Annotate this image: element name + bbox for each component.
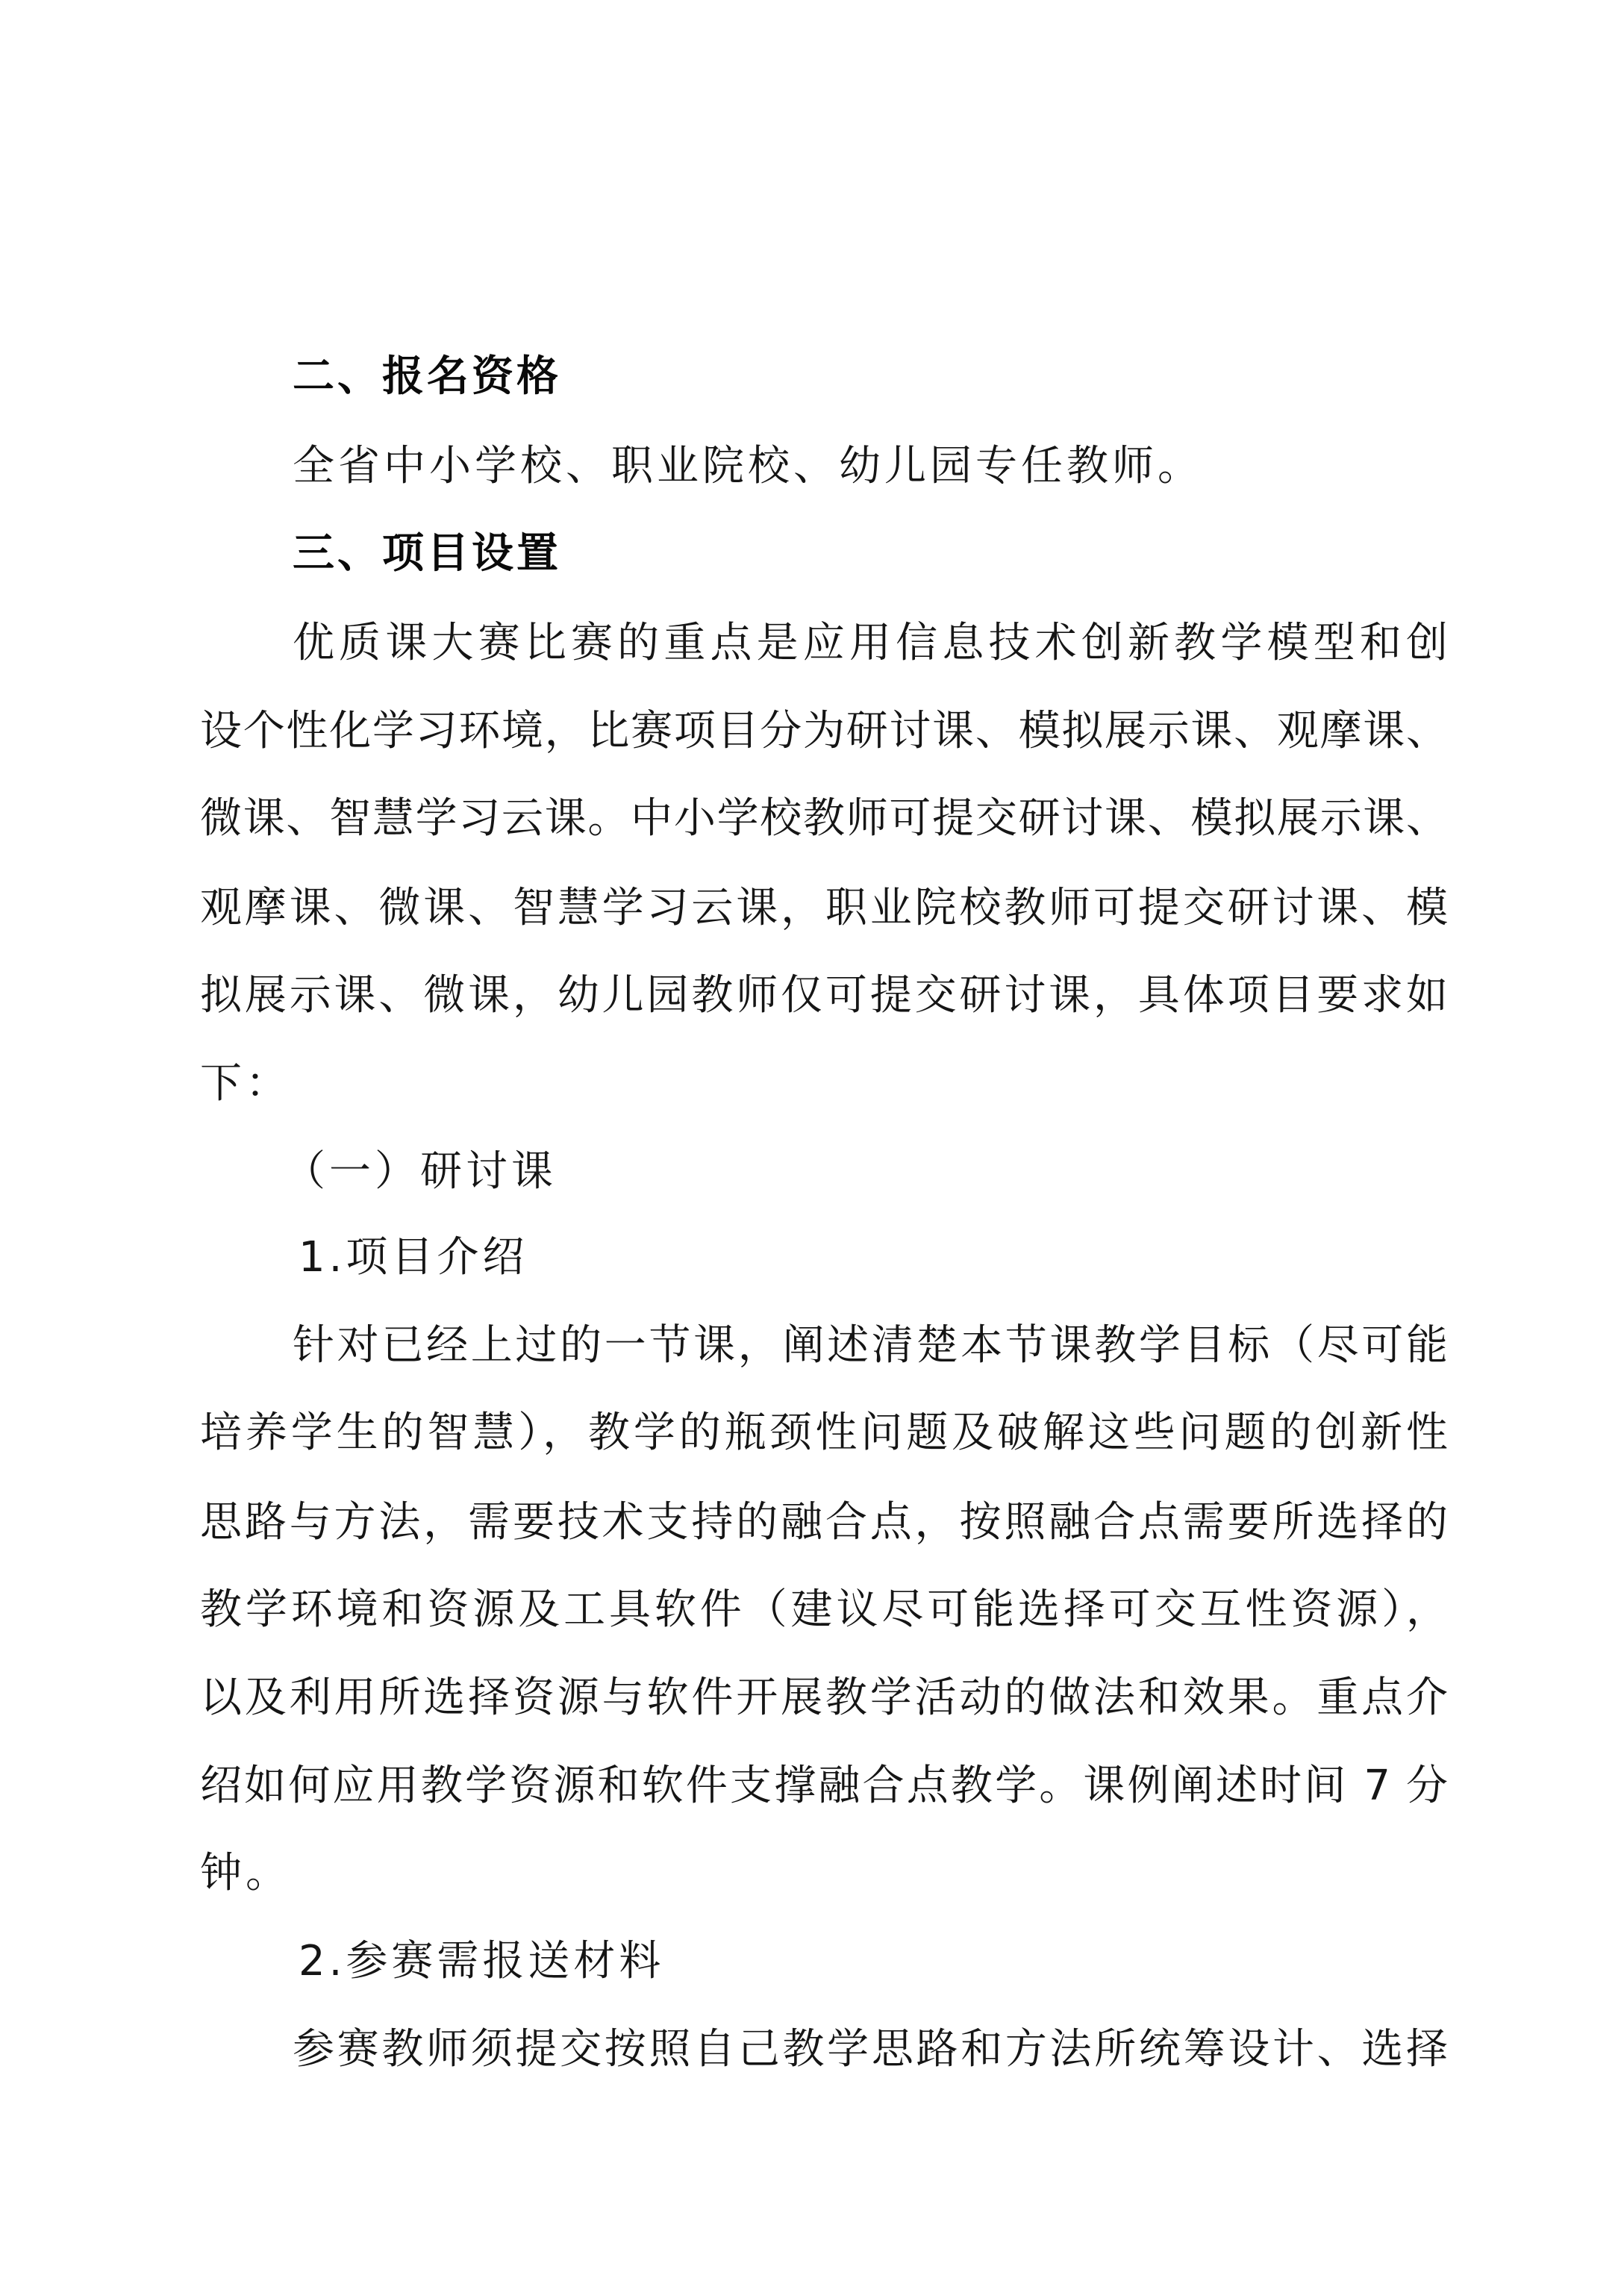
subsection-heading-seminar-lesson: （一）研讨课 (284, 1142, 1531, 1202)
paragraph-line: 培养学生的智慧），教学的瓶颈性问题及破解这些问题的创新性 (200, 1403, 1448, 1463)
paragraph-line: 参赛教师须提交按照自己教学思路和方法所统筹设计、选择 (293, 2020, 1448, 2080)
paragraph-line: 优质课大赛比赛的重点是应用信息技术创新教学模型和创 (293, 614, 1448, 673)
paragraph-line: 教学环境和资源及工具软件（建议尽可能选择可交互性资源）， (200, 1580, 1448, 1640)
section-heading-project-setup: 三、项目设置 (293, 524, 1448, 584)
item-heading-project-intro: 1.项目介绍 (299, 1228, 1546, 1288)
paragraph-line: 针对已经上过的一节课，阐述清楚本节课教学目标（尽可能 (293, 1316, 1448, 1376)
item-heading-submission-materials: 2.参赛需报送材料 (299, 1932, 1546, 1991)
paragraph-line: 观摩课、微课、智慧学习云课，职业院校教师可提交研讨课、模 (200, 879, 1448, 938)
eligibility-text: 全省中小学校、职业院校、幼儿园专任教师。 (293, 437, 1448, 496)
paragraph-line: 思路与方法，需要技术支持的融合点，按照融合点需要所选择的 (200, 1493, 1448, 1553)
paragraph-line: 绍如何应用教学资源和软件支撑融合点教学。课例阐述时间 7 分 (200, 1756, 1448, 1816)
paragraph-line: 钟。 (200, 1844, 1448, 1903)
section-heading-eligibility: 二、报名资格 (293, 347, 1448, 407)
paragraph-line: 以及利用所选择资源与软件开展教学活动的做法和效果。重点介 (200, 1668, 1448, 1728)
paragraph-line: 微课、智慧学习云课。中小学校教师可提交研讨课、模拟展示课、 (200, 789, 1448, 849)
paragraph-line: 设个性化学习环境，比赛项目分为研讨课、模拟展示课、观摩课、 (200, 702, 1448, 761)
paragraph-line: 拟展示课、微课，幼儿园教师仅可提交研讨课，具体项目要求如 (200, 966, 1448, 1026)
document-page: 二、报名资格 全省中小学校、职业院校、幼儿园专任教师。 三、项目设置 优质课大赛… (0, 0, 1621, 2296)
paragraph-line: 下： (200, 1054, 1448, 1114)
